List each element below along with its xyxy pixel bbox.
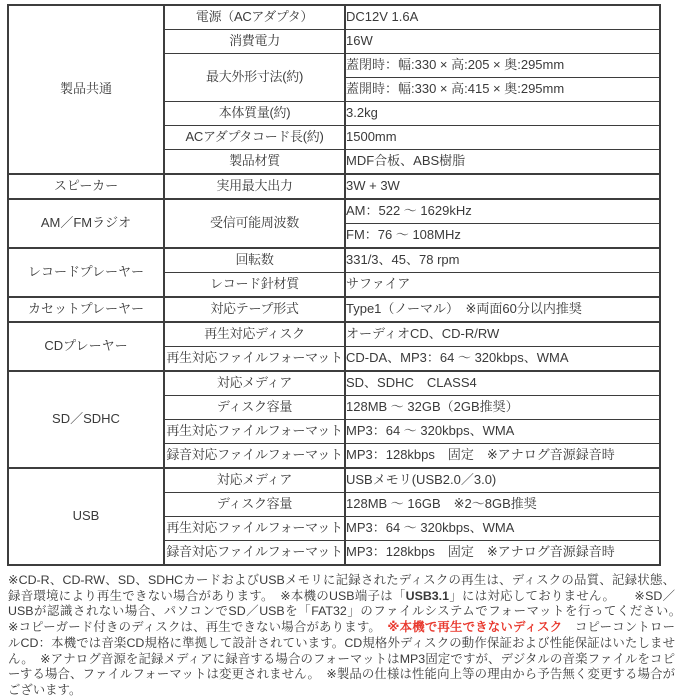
category-cell: スピーカー xyxy=(8,174,164,199)
spec-label-cell: 電源（ACアダプタ） xyxy=(164,5,345,30)
spec-value-cell: サファイア xyxy=(345,273,660,298)
spec-label-cell: 製品材質 xyxy=(164,150,345,175)
spec-label-cell: レコード針材質 xyxy=(164,273,345,298)
spec-row: SD／SDHC対応メディアSD、SDHC CLASS4 xyxy=(8,371,660,396)
spec-value-cell: USBメモリ(USB2.0／3.0) xyxy=(345,468,660,493)
unplayable-disc-warning: ※本機で再生できないディスク xyxy=(387,620,562,634)
category-cell: 製品共通 xyxy=(8,5,164,174)
spec-label-cell: 消費電力 xyxy=(164,30,345,54)
spec-label-cell: ディスク容量 xyxy=(164,493,345,517)
spec-label-cell: 録音対応ファイルフォーマット xyxy=(164,444,345,469)
spec-value-cell: 331/3、45、78 rpm xyxy=(345,248,660,273)
spec-label-cell: 受信可能周波数 xyxy=(164,199,345,248)
spec-value-cell: 128MB ～ 16GB ※2～8GB推奨 xyxy=(345,493,660,517)
spec-value-cell: FM：76 ～ 108MHz xyxy=(345,224,660,249)
spec-label-cell: 本体質量(約) xyxy=(164,102,345,126)
spec-label-cell: 回転数 xyxy=(164,248,345,273)
spec-sheet: 製品共通電源（ACアダプタ）DC12V 1.6A消費電力16W最大外形寸法(約)… xyxy=(0,0,680,699)
category-cell: AM／FMラジオ xyxy=(8,199,164,248)
spec-label-cell: 録音対応ファイルフォーマット xyxy=(164,541,345,566)
spec-value-cell: 3.2kg xyxy=(345,102,660,126)
spec-label-cell: 実用最大出力 xyxy=(164,174,345,199)
spec-value-cell: 蓋開時：幅:330 × 高:415 × 奥:295mm xyxy=(345,78,660,102)
category-cell: CDプレーヤー xyxy=(8,322,164,371)
category-cell: USB xyxy=(8,468,164,565)
spec-value-cell: 16W xyxy=(345,30,660,54)
spec-row: レコードプレーヤー回転数331/3、45、78 rpm xyxy=(8,248,660,273)
spec-row: AM／FMラジオ受信可能周波数AM：522 ～ 1629kHz xyxy=(8,199,660,224)
spec-value-cell: CD-DA、MP3：64 ～ 320kbps、WMA xyxy=(345,347,660,372)
spec-value-cell: AM：522 ～ 1629kHz xyxy=(345,199,660,224)
spec-row: カセットプレーヤー対応テープ形式Type1（ノーマル） ※両面60分以内推奨 xyxy=(8,297,660,322)
category-cell: SD／SDHC xyxy=(8,371,164,468)
spec-row: スピーカー実用最大出力3W + 3W xyxy=(8,174,660,199)
usb-terminal-bold-note: USB3.1 xyxy=(406,589,449,603)
category-cell: レコードプレーヤー xyxy=(8,248,164,297)
spec-label-cell: 再生対応ディスク xyxy=(164,322,345,347)
spec-label-cell: 再生対応ファイルフォーマット xyxy=(164,347,345,372)
spec-label-cell: ACアダプタコード長(約) xyxy=(164,126,345,150)
spec-value-cell: MDF合板、ABS樹脂 xyxy=(345,150,660,175)
spec-label-cell: 対応メディア xyxy=(164,371,345,396)
spec-value-cell: SD、SDHC CLASS4 xyxy=(345,371,660,396)
spec-value-cell: MP3：128kbps 固定 ※アナログ音源録音時 xyxy=(345,541,660,566)
category-cell: カセットプレーヤー xyxy=(8,297,164,322)
spec-value-cell: MP3：64 ～ 320kbps、WMA xyxy=(345,517,660,541)
spec-value-cell: 蓋閉時：幅:330 × 高:205 × 奥:295mm xyxy=(345,54,660,78)
spec-label-cell: 対応テープ形式 xyxy=(164,297,345,322)
spec-row: USB対応メディアUSBメモリ(USB2.0／3.0) xyxy=(8,468,660,493)
spec-value-cell: 1500mm xyxy=(345,126,660,150)
spec-value-cell: DC12V 1.6A xyxy=(345,5,660,30)
spec-label-cell: 対応メディア xyxy=(164,468,345,493)
spec-label-cell: 再生対応ファイルフォーマット xyxy=(164,517,345,541)
spec-row: 製品共通電源（ACアダプタ）DC12V 1.6A xyxy=(8,5,660,30)
spec-value-cell: Type1（ノーマル） ※両面60分以内推奨 xyxy=(345,297,660,322)
spec-table: 製品共通電源（ACアダプタ）DC12V 1.6A消費電力16W最大外形寸法(約)… xyxy=(7,4,661,566)
spec-value-cell: MP3：64 ～ 320kbps、WMA xyxy=(345,420,660,444)
spec-label-cell: ディスク容量 xyxy=(164,396,345,420)
spec-row: CDプレーヤー再生対応ディスクオーディオCD、CD-R/RW xyxy=(8,322,660,347)
spec-value-cell: 3W + 3W xyxy=(345,174,660,199)
spec-value-cell: 128MB ～ 32GB（2GB推奨） xyxy=(345,396,660,420)
spec-value-cell: MP3：128kbps 固定 ※アナログ音源録音時 xyxy=(345,444,660,469)
spec-label-cell: 最大外形寸法(約) xyxy=(164,54,345,102)
spec-value-cell: オーディオCD、CD-R/RW xyxy=(345,322,660,347)
spec-label-cell: 再生対応ファイルフォーマット xyxy=(164,420,345,444)
